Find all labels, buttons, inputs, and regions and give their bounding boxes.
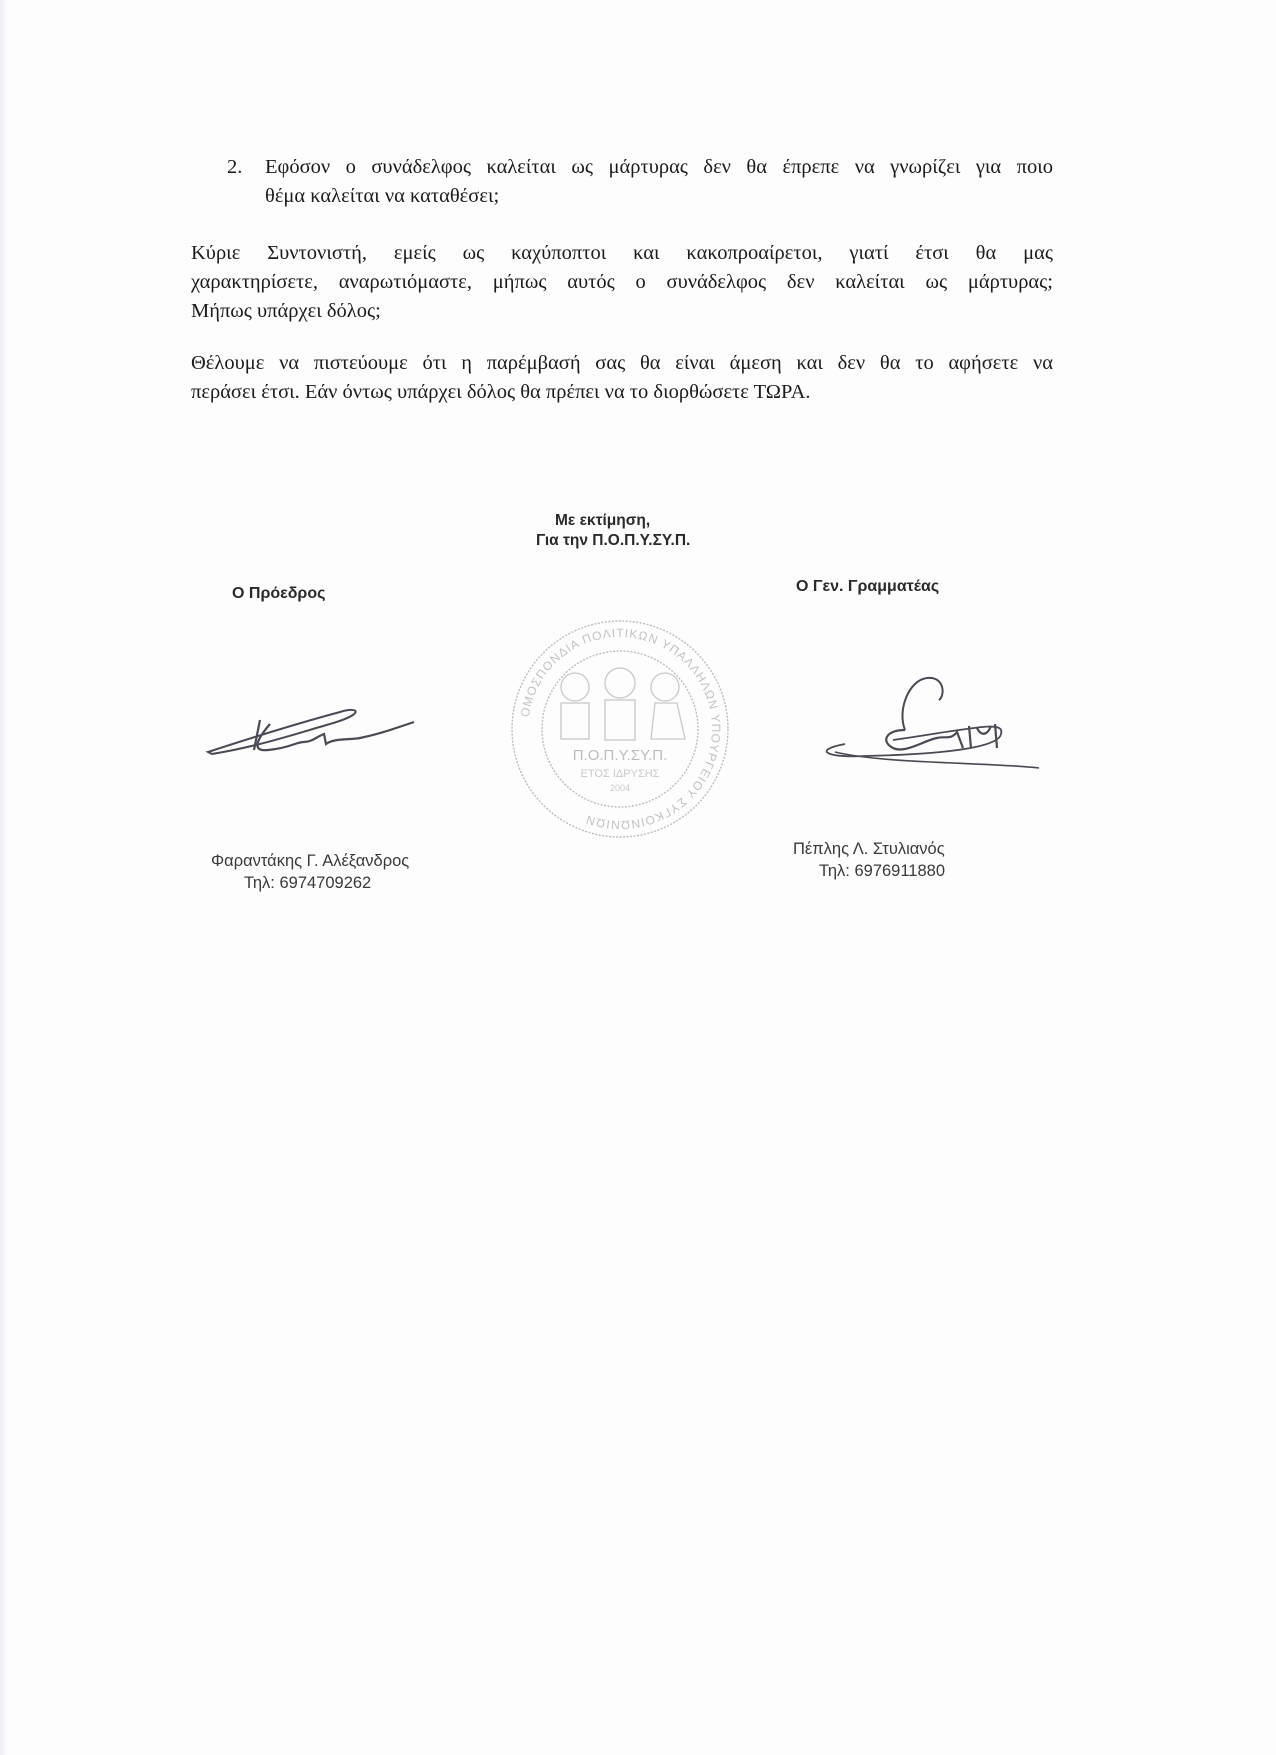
president-signature (200, 690, 430, 770)
secretary-details: Πέπλης Λ. Στυλιανός Τηλ: 6976911880 (793, 838, 945, 882)
item-2-line-1: Εφόσον ο συνάδελφος καλείται ως μάρτυρας… (265, 153, 1053, 182)
president-name: Φαραντάκης Γ. Αλέξανδρος (211, 850, 409, 872)
paragraph-question-to-coordinator: Κύριε Συντονιστή, εμείς ως καχύποπτοι κα… (191, 239, 1053, 326)
paragraph-1-line-2: χαρακτηρίσετε, αναρωτιόμαστε, μήπως αυτό… (191, 268, 1053, 297)
closing-salutation: Με εκτίμηση, Για την Π.Ο.Π.Υ.ΣΥ.Π. (555, 511, 690, 551)
organization-stamp: ΟΜΟΣΠΟΝΔΙΑ ΠΟΛΙΤΙΚΩΝ ΥΠΑΛΛΗΛΩΝ ΥΠΟΥΡΓΕΙΟ… (505, 617, 735, 842)
item-2-line-2: θέμα καλείται να καταθέσει; (265, 182, 1053, 211)
president-role-label: Ο Πρόεδρος (232, 585, 325, 603)
paragraph-2-line-1: Θέλουμε να πιστεύουμε ότι η παρέμβασή σα… (191, 349, 1053, 378)
closing-line-1: Με εκτίμηση, (555, 511, 690, 531)
scan-page-edge (0, 0, 6, 1755)
item-number: 2. (227, 153, 242, 182)
secretary-name: Πέπλης Λ. Στυλιανός (793, 838, 945, 860)
closing-line-2: Για την Π.Ο.Π.Υ.ΣΥ.Π. (536, 531, 690, 551)
stamp-founding-label: ΕΤΟΣ ΙΔΡΥΣΗΣ (581, 768, 660, 780)
president-phone: Τηλ: 6974709262 (244, 872, 409, 894)
paragraph-2-line-2: περάσει έτσι. Εάν όντως υπάρχει δόλος θα… (191, 378, 1053, 407)
paragraph-1-line-1: Κύριε Συντονιστή, εμείς ως καχύποπτοι κα… (191, 239, 1053, 268)
secretary-role-label: Ο Γεν. Γραμματέας (796, 578, 939, 596)
paragraph-1-line-3: Μήπως υπάρχει δόλος; (191, 297, 1053, 326)
paragraph-request-intervention: Θέλουμε να πιστεύουμε ότι η παρέμβασή σα… (191, 349, 1053, 407)
stamp-year: 2004 (610, 783, 630, 793)
stamp-ring-text: ΟΜΟΣΠΟΝΔΙΑ ΠΟΛΙΤΙΚΩΝ ΥΠΑΛΛΗΛΩΝ ΥΠΟΥΡΓΕΙΟ… (518, 626, 723, 832)
stamp-saints-icon (561, 668, 685, 740)
secretary-phone: Τηλ: 6976911880 (819, 860, 945, 882)
stamp-acronym: Π.Ο.Π.Υ.ΣΥ.Π. (573, 747, 668, 764)
secretary-signature (805, 670, 1045, 780)
numbered-item-2: 2. Εφόσον ο συνάδελφος καλείται ως μάρτυ… (191, 153, 1053, 211)
president-details: Φαραντάκης Γ. Αλέξανδρος Τηλ: 6974709262 (211, 850, 409, 894)
